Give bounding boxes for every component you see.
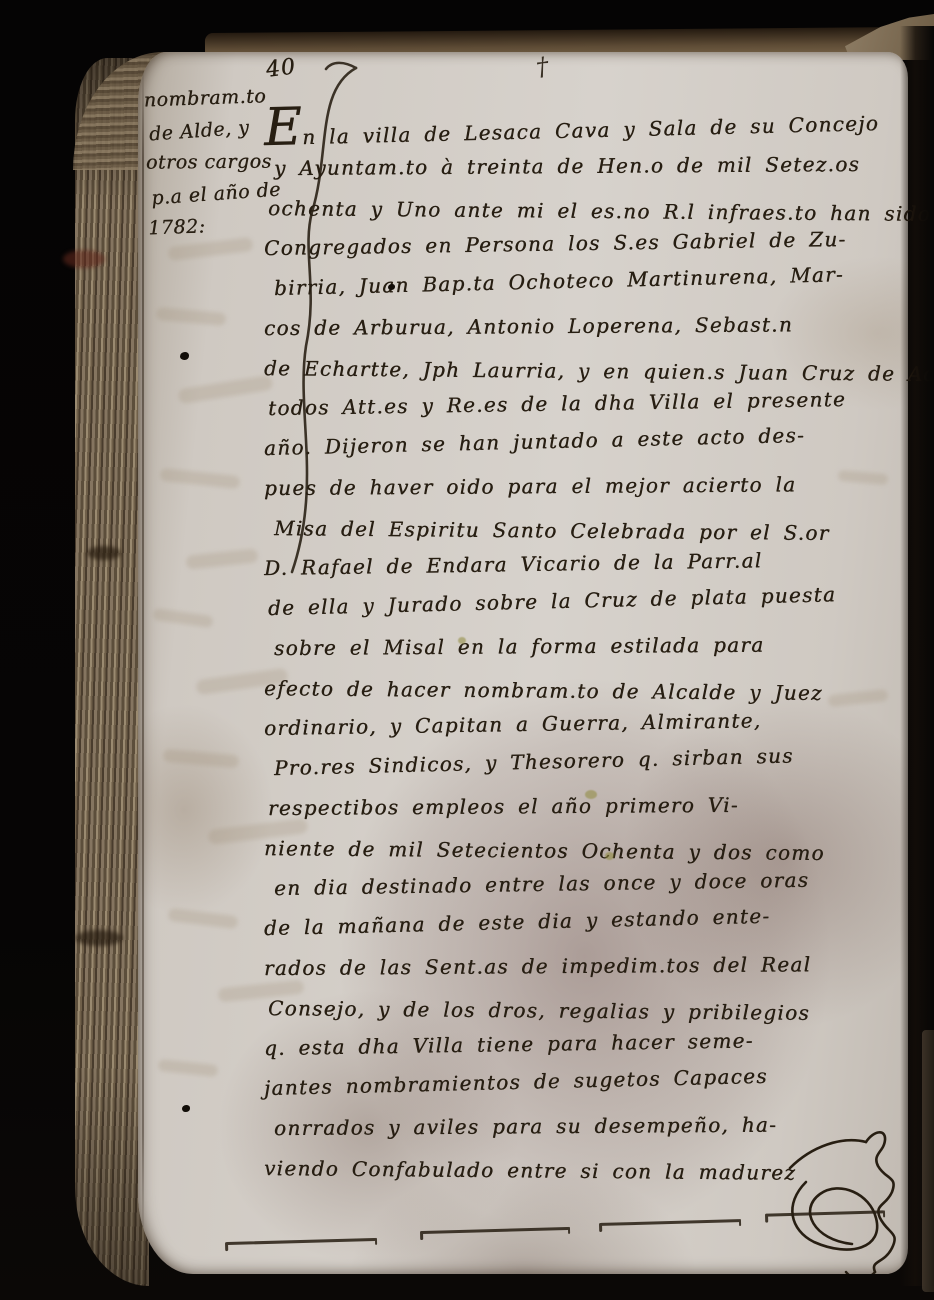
manuscript-text-line: sobre el Misal en la forma estilada para (274, 624, 904, 668)
line-filler-stroke (600, 1219, 740, 1226)
mildew-spot (585, 790, 597, 799)
mildew-spot (605, 852, 614, 860)
fore-edge-stain (87, 546, 121, 560)
invocation-cross-icon: † (534, 51, 550, 81)
ink-blot (388, 284, 395, 290)
margin-note-line: de Alde, y (148, 109, 280, 150)
fore-edge-stain (75, 930, 123, 946)
manuscript-body-text: En la villa de Lesaca Cava y Sala de su … (264, 108, 904, 1188)
photograph-background: 40 † nombram.tode Alde, yotros cargosp.a… (0, 0, 934, 1300)
margin-note: nombram.tode Alde, yotros cargosp.a el a… (143, 80, 283, 245)
mildew-spot (458, 637, 466, 644)
manuscript-text-line: cos de Arburua, Antonio Loperena, Sebast… (264, 304, 904, 348)
line-filler-stroke (226, 1238, 376, 1245)
next-page-edge (922, 1030, 934, 1292)
manuscript-text-line: rados de las Sent.as de impedim.tos del … (264, 944, 904, 988)
manuscript-page: 40 † nombram.tode Alde, yotros cargosp.a… (138, 52, 908, 1274)
ink-blot (180, 352, 189, 360)
fore-edge-stain (63, 250, 105, 268)
margin-note-line: otros cargos (146, 145, 280, 178)
page-gutter-crease (142, 62, 144, 1252)
manuscript-text-line: pues de haver oido para el mejor acierto… (264, 464, 904, 508)
notary-rubric-flourish (780, 1124, 910, 1274)
manuscript-text-line: y Ayuntam.to à treinta de Hen.o de mil S… (274, 144, 904, 188)
line-filler-stroke (421, 1227, 569, 1234)
ink-blot (182, 1105, 190, 1112)
